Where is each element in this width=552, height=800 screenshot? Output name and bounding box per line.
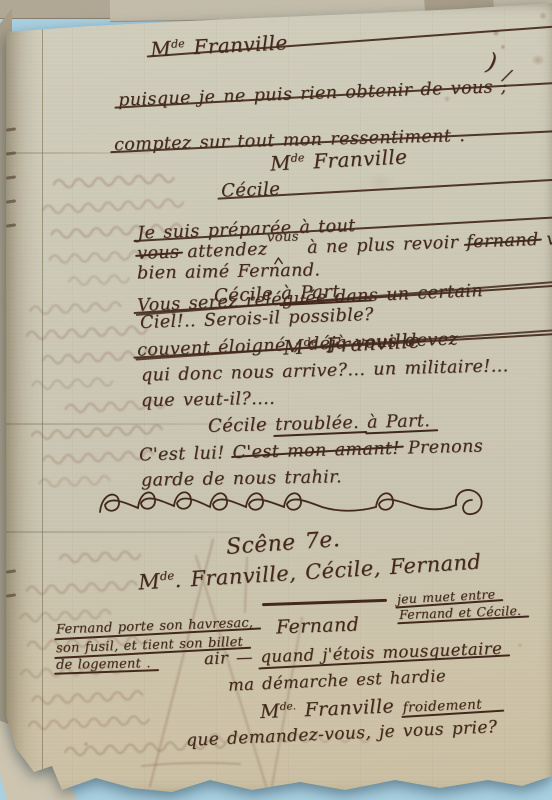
handwriting-layer: Mde Franville puisque je ne puis rien ob… xyxy=(0,0,552,800)
speech-line: que demandez-vous, je vous prie? xyxy=(186,717,498,751)
characters-list: . Franville, Cécile, Fernand xyxy=(174,550,482,593)
speaker-heading-fernand: Fernand xyxy=(276,614,360,639)
word: air — xyxy=(204,647,261,668)
stage-direction: à Part. xyxy=(367,411,431,433)
speaker-heading-franville: Mde Franville xyxy=(282,328,420,359)
speaker-name: Cécile xyxy=(214,283,282,306)
inserted-word: vous xyxy=(267,229,299,245)
speaker-initial: M xyxy=(260,700,281,723)
underlined-phrase: quand j'étois mousquetaire xyxy=(260,639,502,666)
insertion-wrap: vous xyxy=(267,238,300,259)
speaker-initial: M xyxy=(269,151,291,176)
speaker-superscript: de xyxy=(290,151,304,165)
speaker-superscript: de xyxy=(303,335,317,349)
stage-direction: à Part xyxy=(281,280,364,304)
stage-direction: froidement xyxy=(402,696,496,716)
speech-line-air: air — quand j'étois mousquetaire xyxy=(204,639,503,668)
speech-line: bien aimé Fernand. xyxy=(137,260,321,283)
note-text: Fernand porte son havresac, xyxy=(56,616,254,638)
note-text: de logement . xyxy=(56,656,151,673)
speaker-heading-cecile-troublee: Cécile troublée. à Part. xyxy=(208,410,431,437)
stage-direction: troublée. xyxy=(275,413,359,435)
flourish-divider xyxy=(88,486,498,532)
manuscript-scan: { "meta": { "backdrop_color": "#a8d0e1",… xyxy=(0,0,552,800)
speaker-superscript: de xyxy=(171,37,185,51)
speaker-initial: M xyxy=(282,335,304,360)
struck-phrase: C'est mon amant! xyxy=(232,439,400,463)
speaker-superscript: de xyxy=(159,568,174,583)
speaker-superscript: de. xyxy=(280,700,297,713)
speech-line: que veut-il?.... xyxy=(141,389,275,411)
scene-characters-heading: Mde. Franville, Cécile, Fernand xyxy=(138,550,482,595)
heading-underline xyxy=(262,599,387,606)
speaker-name: Franville xyxy=(296,695,403,722)
speaker-initial: M xyxy=(138,569,161,594)
speaker-name: Franville xyxy=(317,328,421,357)
manuscript-page: Mde Franville puisque je ne puis rien ob… xyxy=(0,0,552,800)
speaker-initial: M xyxy=(150,36,172,61)
stage-note-right: Fernand et Cécile. xyxy=(399,603,522,622)
speaker-name: Cécile xyxy=(208,414,276,437)
word: C'est lui! xyxy=(139,443,233,465)
speech-line-cest-lui: C'est lui! C'est mon amant! Prenons xyxy=(139,436,484,465)
stage-note-left: de logement . xyxy=(56,656,151,673)
speaker-name: Franville xyxy=(304,144,408,173)
manuscript-page-wrap: Mde Franville puisque je ne puis rien ob… xyxy=(0,0,552,800)
speech-line: qui donc nous arrive?... un militaire!..… xyxy=(141,356,509,386)
word: Prenons xyxy=(400,436,484,458)
stage-note-left: Fernand porte son havresac, xyxy=(56,616,254,638)
word: attendez xyxy=(179,239,268,262)
speaker-name: Franville xyxy=(184,30,288,59)
stray-paren-mark: ) xyxy=(484,47,499,76)
struck-line: puisque je ne puis rien obtenir de vous … xyxy=(118,71,552,110)
struck-word: vous xyxy=(137,243,180,264)
struck-word: fernand xyxy=(466,230,539,253)
speech-line: ma démarche est hardie xyxy=(228,666,447,694)
note-text: Fernand et Cécile. xyxy=(399,603,522,622)
